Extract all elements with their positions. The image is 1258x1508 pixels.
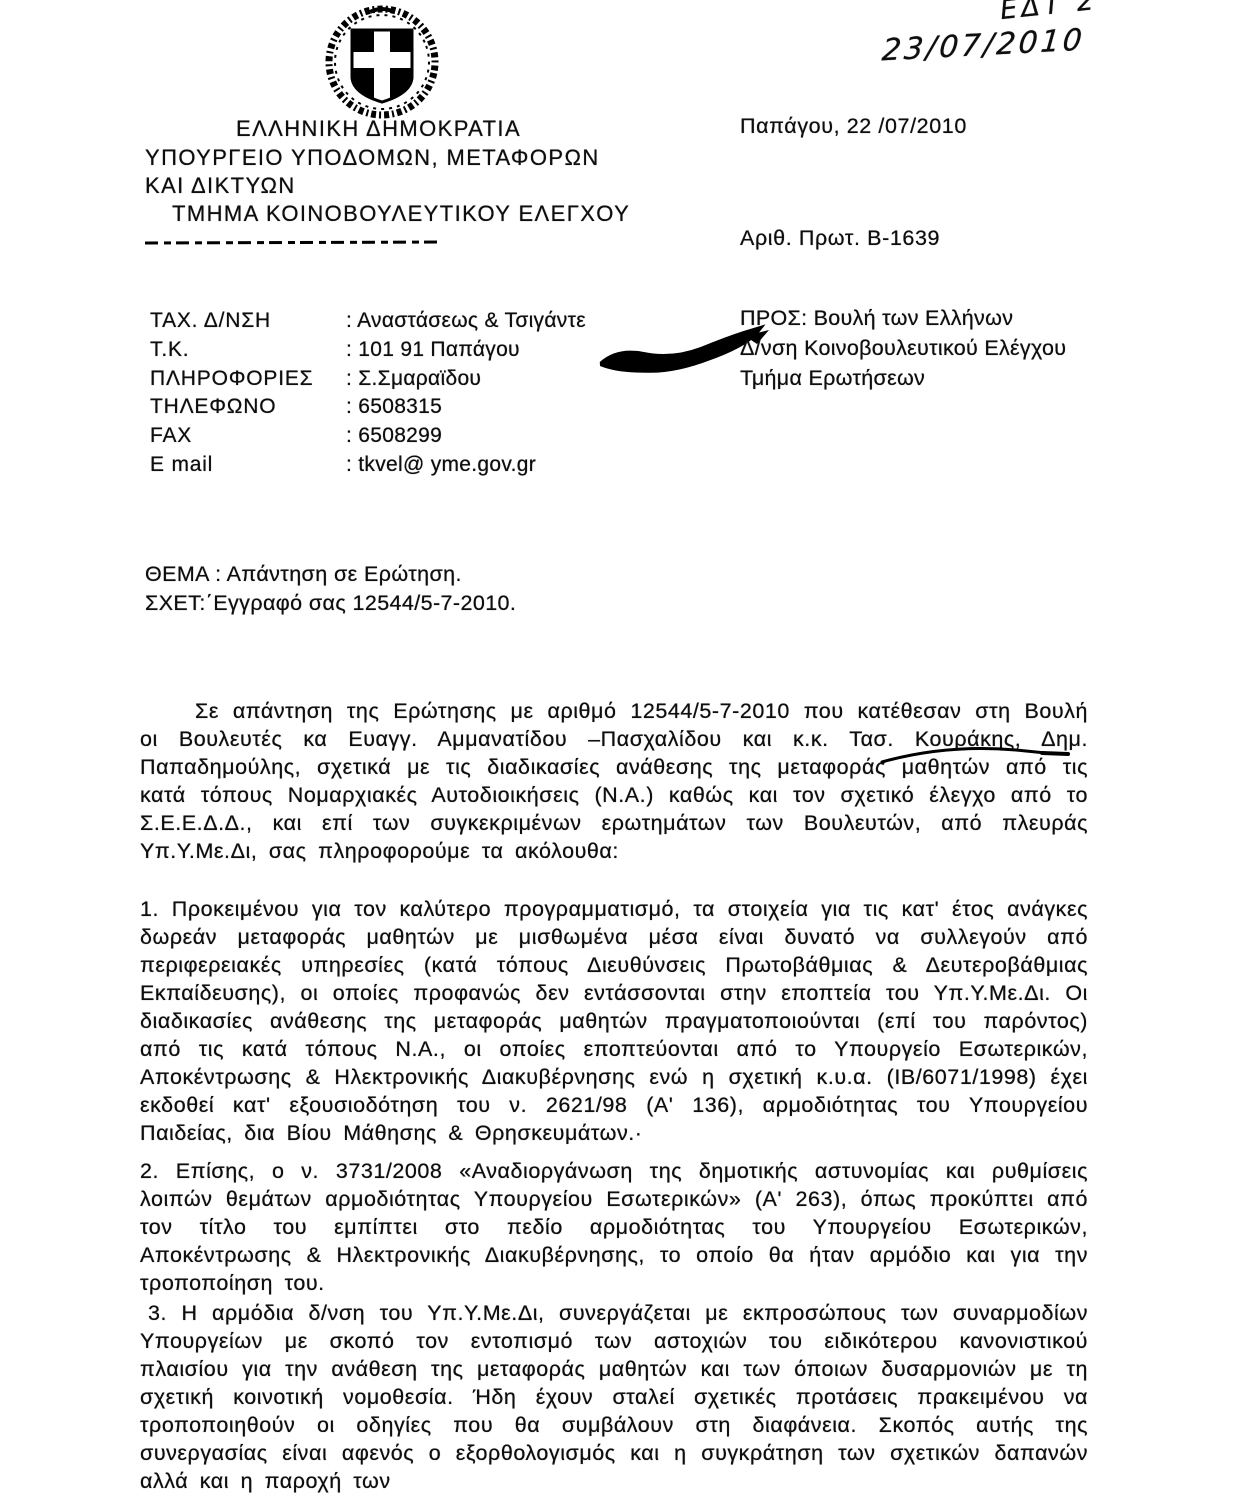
recipient-line1: ΠΡΟΣ: Βουλή των Ελλήνων (740, 303, 1066, 333)
contact-row-information: ΠΛΗΡΟΦΟΡΙΕΣ : Σ.Σμαραϊδου (150, 365, 586, 394)
header-department: ΤΜΗΜΑ ΚΟΙΝΟΒΟΥΛΕΥΤΙΚΟΥ ΕΛΕΓΧΟΥ (172, 201, 630, 227)
body-paragraph-2: 2. Επίσης, ο ν. 3731/2008 «Αναδιοργάνωση… (140, 1157, 1088, 1297)
header-ministry-line1: ΥΠΟΥΡΓΕΙΟ ΥΠΟΔΟΜΩΝ, ΜΕΤΑΦΟΡΩΝ (145, 145, 600, 171)
contact-label: E mail (150, 451, 346, 480)
subject-thema: ΘΕΜΑ : Απάντηση σε Ερώτηση. (145, 560, 516, 589)
recipient-line2: Δ/νση Κοινοβουλευτικού Ελέγχου (740, 333, 1066, 363)
contact-row-address: ΤΑΧ. Δ/ΝΣΗ : Αναστάσεως & Τσιγάντε (150, 307, 586, 336)
recipient-line3: Τμήμα Ερωτήσεων (740, 363, 1066, 393)
letter-body: Σε απάντηση της Ερώτησης με αριθμό 12544… (140, 697, 1088, 1495)
contact-block: ΤΑΧ. Δ/ΝΣΗ : Αναστάσεως & Τσιγάντε Τ.Κ. … (150, 307, 586, 480)
contact-label: FAX (150, 422, 346, 451)
contact-value: : tkvel@ yme.gov.gr (346, 451, 536, 480)
pen-strike-mark (876, 736, 1086, 775)
contact-label: Τ.Κ. (150, 336, 346, 365)
place-date: Παπάγου, 22 /07/2010 (740, 114, 967, 139)
contact-value: : 6508315 (346, 393, 442, 422)
body-paragraph-intro: Σε απάντηση της Ερώτησης με αριθμό 12544… (140, 697, 1088, 865)
recipient-block: ΠΡΟΣ: Βουλή των Ελλήνων Δ/νση Κοινοβουλε… (740, 303, 1066, 393)
contact-label: ΤΗΛΕΦΩΝΟ (150, 393, 346, 422)
body-paragraph-3: 3. Η αρμόδια δ/νση του Υπ.Υ.Με.Δι, συνερ… (140, 1299, 1088, 1495)
contact-row-email: E mail : tkvel@ yme.gov.gr (150, 451, 586, 480)
greek-coat-of-arms-icon (312, 4, 452, 127)
subject-schet: ΣΧΕΤ:΄Εγγραφό σας 12544/5-7-2010. (145, 589, 516, 618)
contact-value: : 101 91 Παπάγου (346, 336, 520, 365)
contact-row-telephone: ΤΗΛΕΦΩΝΟ : 6508315 (150, 393, 586, 422)
protocol-number: Αριθ. Πρωτ. Β-1639 (740, 226, 940, 251)
scanned-letter-page: ΕΔΤ 2 23/07/2010 ΕΛΛΗΝΙΚΗ ΔΗΜΟΚΡΑΤΙΑ ΥΠΟ… (0, 0, 1258, 1508)
contact-label: ΠΛΗΡΟΦΟΡΙΕΣ (150, 365, 346, 394)
contact-value: : Σ.Σμαραϊδου (346, 365, 481, 394)
contact-value: : Αναστάσεως & Τσιγάντε (346, 307, 586, 336)
body-paragraph-1: 1. Προκειμένου για τον καλύτερο προγραμμ… (140, 895, 1088, 1147)
header-ministry-line2: ΚΑΙ ΔΙΚΤΥΩΝ (145, 173, 296, 199)
handwritten-date: 23/07/2010 (881, 23, 1087, 69)
header-republic: ΕΛΛΗΝΙΚΗ ΔΗΜΟΚΡΑΤΙΑ (236, 116, 521, 142)
subject-block: ΘΕΜΑ : Απάντηση σε Ερώτηση. ΣΧΕΤ:΄Εγγραφ… (145, 560, 516, 618)
contact-label: ΤΑΧ. Δ/ΝΣΗ (150, 307, 346, 336)
contact-row-postcode: Τ.Κ. : 101 91 Παπάγου (150, 336, 586, 365)
contact-value: : 6508299 (346, 422, 442, 451)
contact-row-fax: FAX : 6508299 (150, 422, 586, 451)
header-divider (145, 240, 443, 244)
